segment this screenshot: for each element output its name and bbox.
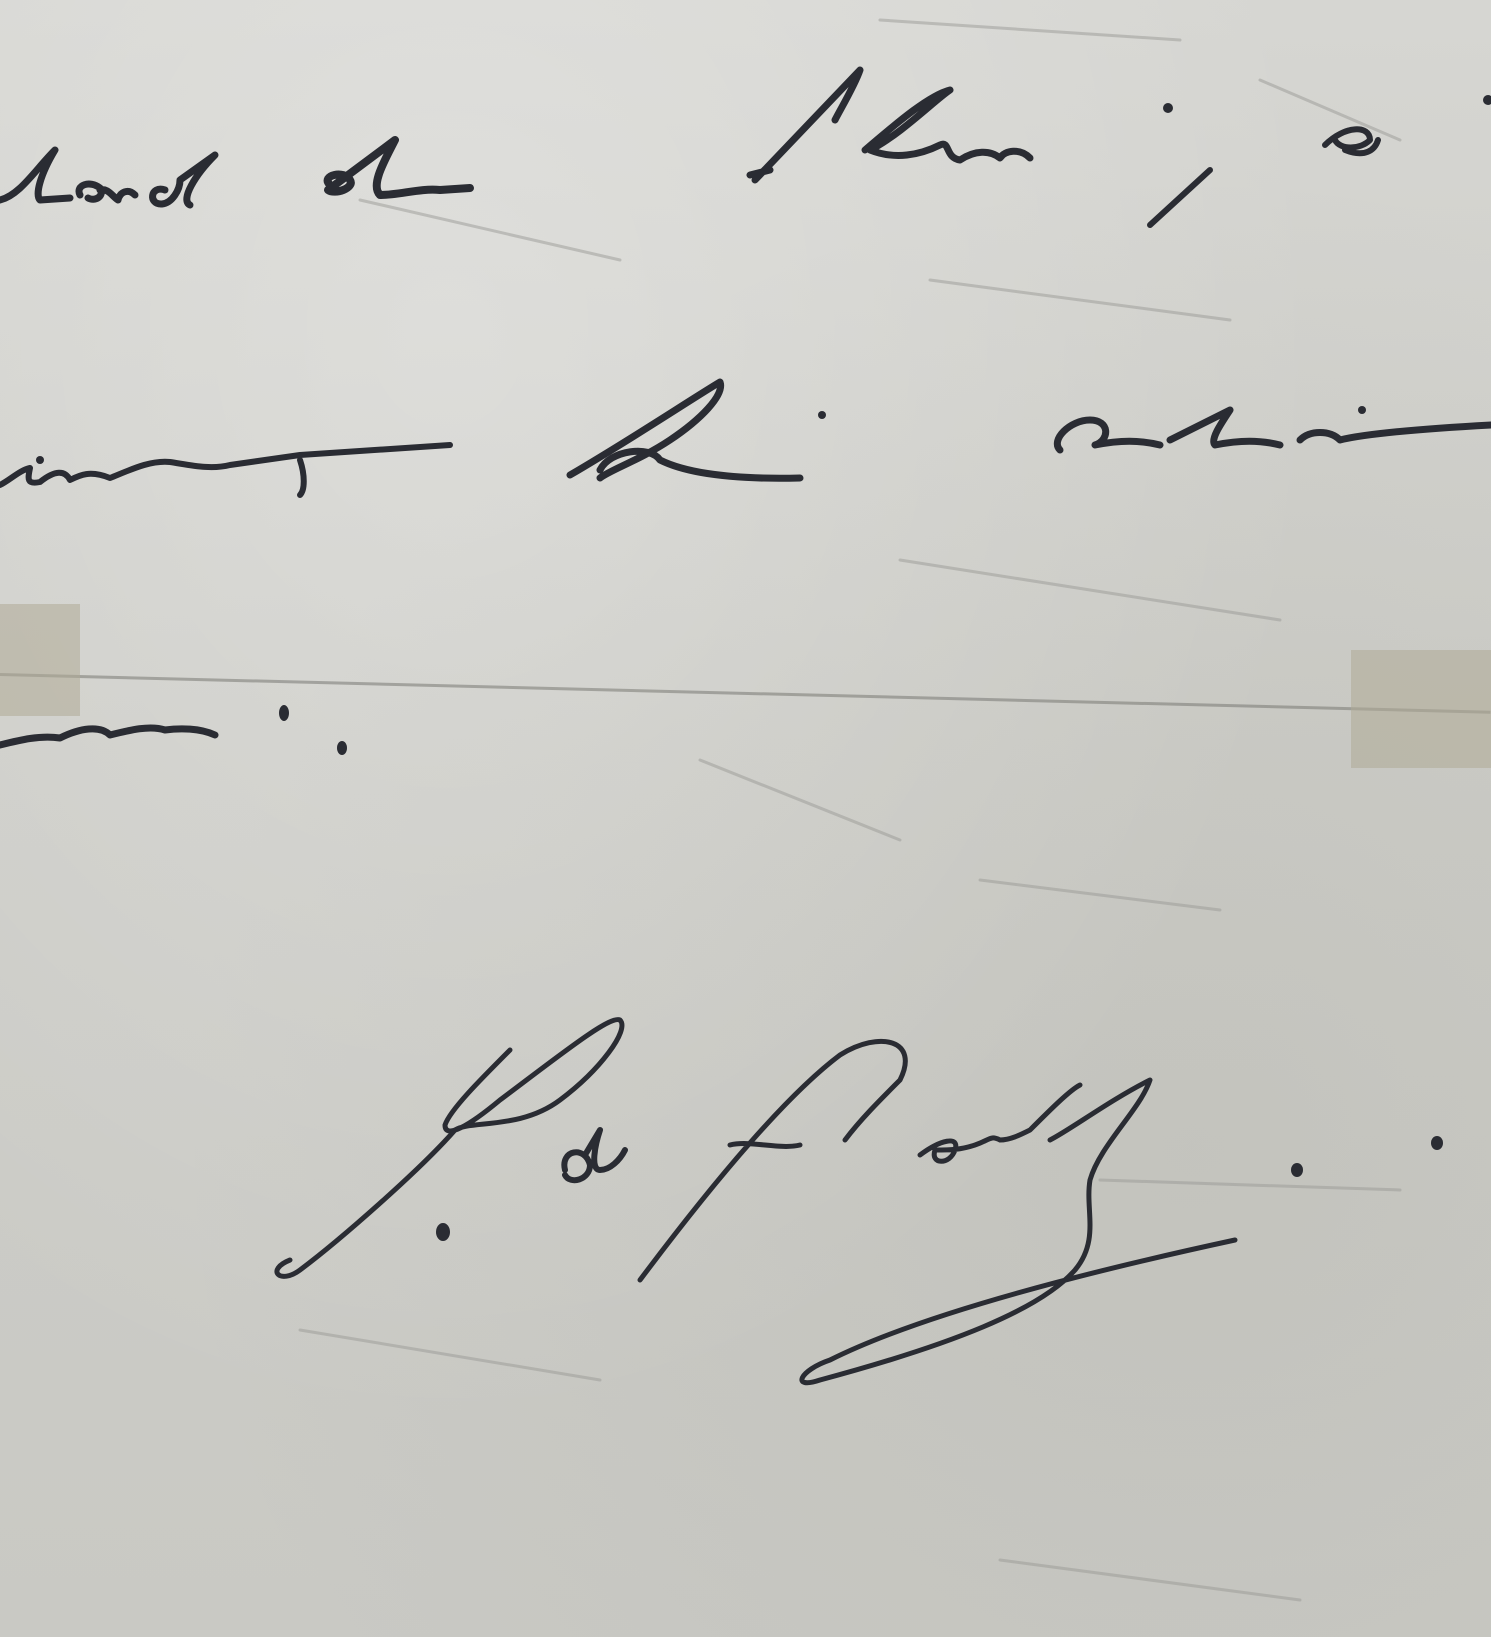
- letter-page: …chard du Plessis, à …timents bien cordi…: [0, 0, 1491, 1637]
- signature: [0, 0, 1491, 1637]
